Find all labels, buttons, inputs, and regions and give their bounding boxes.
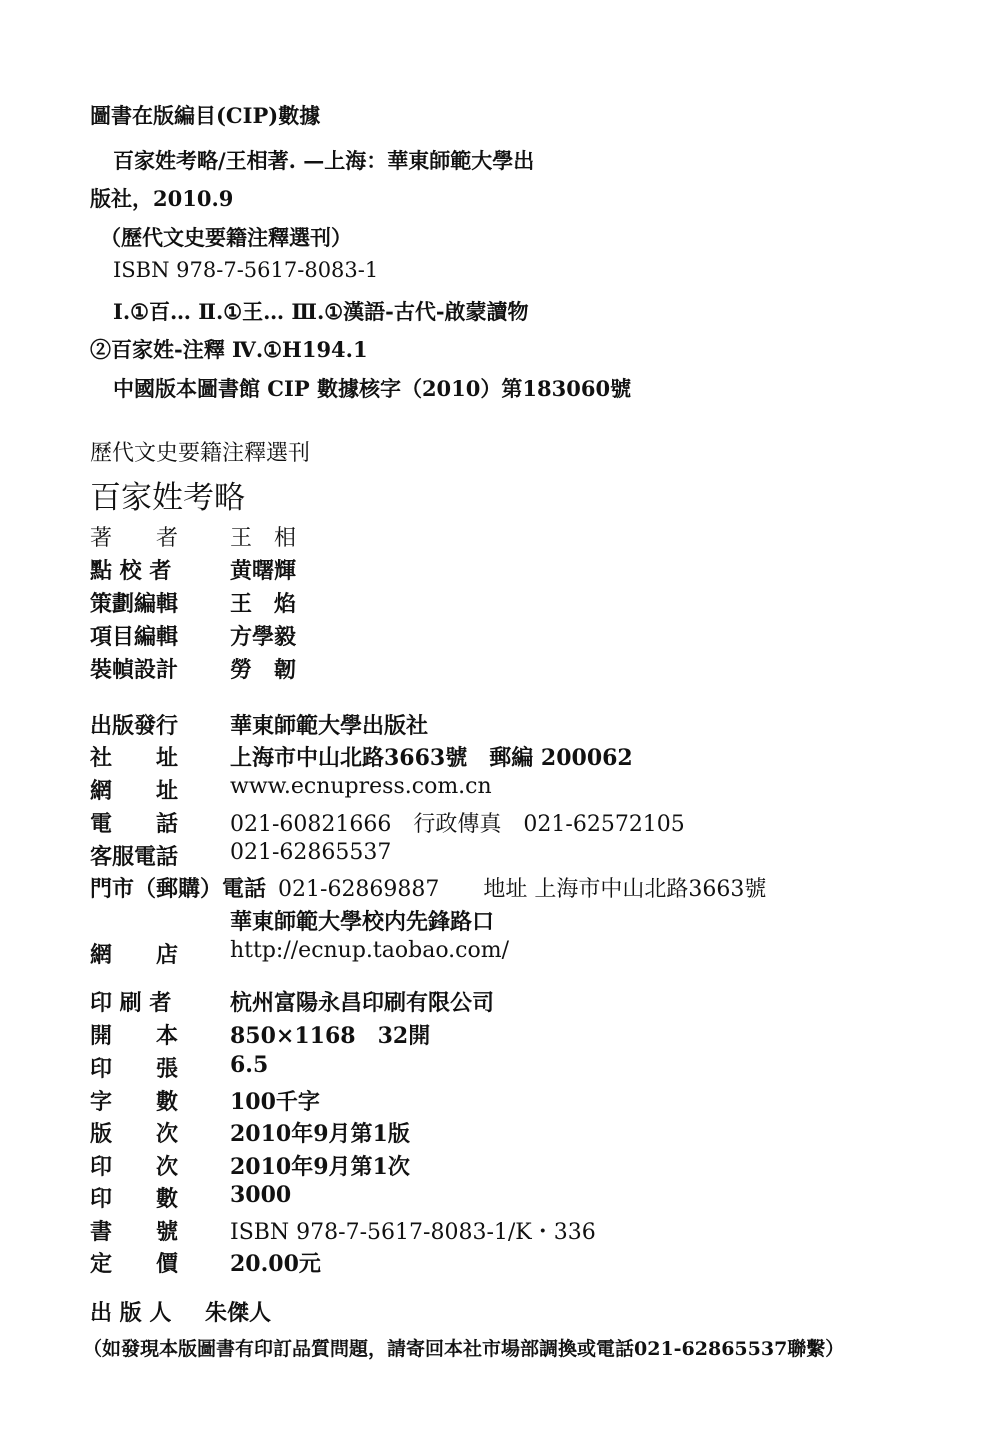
print-row-impression: 印 次 2010年9月第1次 <box>90 1150 200 1181</box>
info-row-publisher: 出版發行 華東師範大學出版社 <box>90 709 200 740</box>
credit-row-author: 著 者 王 相 <box>90 521 200 552</box>
credit-label: 裝幀設計 <box>90 653 200 684</box>
credit-value: 黄曙輝 <box>230 554 296 585</box>
info-value: 華東師範大學出版社 <box>230 709 428 740</box>
info-label: 門市（郵購）電話 <box>90 876 266 902</box>
print-row-print-run: 印 數 3000 <box>90 1182 200 1213</box>
print-value: 20.00元 <box>230 1247 321 1278</box>
print-value: 2010年9月第1次 <box>230 1150 410 1181</box>
info-label: 網 店 <box>90 938 200 969</box>
credit-row-project-editor: 項目編輯 方學毅 <box>90 620 200 651</box>
info-label: 客服電話 <box>90 840 200 871</box>
credit-value: 王 焰 <box>230 587 296 618</box>
online-store-link[interactable]: http://ecnup.taobao.com/ <box>230 938 509 963</box>
info-row-website: 網 址 www.ecnupress.com.cn <box>90 774 200 805</box>
credit-value: 王 相 <box>230 521 296 552</box>
print-row-edition: 版 次 2010年9月第1版 <box>90 1117 200 1148</box>
credit-value: 勞 韌 <box>230 653 296 684</box>
print-label: 開 本 <box>90 1019 200 1050</box>
info-value: 021-62865537 <box>230 840 391 865</box>
print-value: 850×1168 32開 <box>230 1019 430 1050</box>
print-row-format: 開 本 850×1168 32開 <box>90 1019 200 1050</box>
credit-label: 點 校 者 <box>90 554 200 585</box>
print-value: 100千字 <box>230 1085 320 1116</box>
quality-notice: （如發現本版圖書有印訂品質問題，請寄回本社市場部調換或電話021-6286553… <box>83 1334 844 1361</box>
cip-line-subjects-2: ②百家姓-注釋 Ⅳ.①H194.1 <box>90 334 368 364</box>
print-label: 版 次 <box>90 1117 200 1148</box>
credit-row-designer: 裝幀設計 勞 韌 <box>90 653 200 684</box>
website-link[interactable]: www.ecnupress.com.cn <box>230 774 492 799</box>
info-row-service-phone: 客服電話 021-62865537 <box>90 840 200 871</box>
credit-row-planning-editor: 策劃編輯 王 焰 <box>90 587 200 618</box>
book-title: 百家姓考略 <box>90 472 245 517</box>
series-name: 歷代文史要籍注釋選刊 <box>90 436 310 467</box>
print-label: 字 數 <box>90 1085 200 1116</box>
print-label: 印 次 <box>90 1150 200 1181</box>
cip-line-series: （歷代文史要籍注釋選刊） <box>100 222 352 252</box>
info-label: 出版發行 <box>90 709 200 740</box>
credit-row-proofreader: 點 校 者 黄曙輝 <box>90 554 200 585</box>
print-row-price: 定 價 20.00元 <box>90 1247 200 1278</box>
cip-line-isbn: ISBN 978-7-5617-8083-1 <box>113 258 378 282</box>
info-row-store-address-cont: 華東師範大學校内先鋒路口 <box>230 905 494 936</box>
print-value: 杭州富陽永昌印刷有限公司 <box>230 986 494 1017</box>
print-row-sheets: 印 張 6.5 <box>90 1052 200 1083</box>
info-row-online-store: 網 店 http://ecnup.taobao.com/ <box>90 938 200 969</box>
credit-label: 著 者 <box>90 521 200 552</box>
info-row-phone: 電 話 021-60821666 行政傳真 021-62572105 <box>90 807 200 838</box>
info-value: 上海市中山北路3663號 郵編 200062 <box>230 741 633 772</box>
credit-label: 項目編輯 <box>90 620 200 651</box>
info-value: 021-62869887 地址 上海市中山北路3663號 <box>278 877 766 902</box>
info-row-address: 社 址 上海市中山北路3663號 郵編 200062 <box>90 741 200 772</box>
cip-heading: 圖書在版編目(CIP)數據 <box>90 100 320 130</box>
publisher-person-row: 出 版 人 朱傑人 <box>90 1296 200 1327</box>
publisher-person-value: 朱傑人 <box>205 1296 271 1327</box>
publisher-person-label: 出 版 人 <box>90 1296 200 1327</box>
print-value: 3000 <box>230 1182 291 1208</box>
cip-line-record-number: 中國版本圖書館 CIP 數據核字（2010）第183060號 <box>113 373 631 403</box>
print-value: ISBN 978-7-5617-8083-1/K・336 <box>230 1215 596 1246</box>
print-label: 印 張 <box>90 1052 200 1083</box>
info-row-store: 門市（郵購）電話021-62869887 地址 上海市中山北路3663號 <box>90 872 766 903</box>
cip-line-publisher-date: 版社，2010.9 <box>90 183 233 213</box>
print-label: 印 刷 者 <box>90 986 200 1017</box>
print-row-word-count: 字 數 100千字 <box>90 1085 200 1116</box>
print-label: 印 數 <box>90 1182 200 1213</box>
cip-line-title: 百家姓考略/王相著. —上海：華東師範大學出 <box>113 145 534 175</box>
cip-line-subjects-1: Ⅰ.①百… Ⅱ.①王… Ⅲ.①漢語-古代-啟蒙讀物 <box>113 296 529 326</box>
info-label: 社 址 <box>90 741 200 772</box>
credit-label: 策劃編輯 <box>90 587 200 618</box>
print-label: 定 價 <box>90 1247 200 1278</box>
credit-value: 方學毅 <box>230 620 296 651</box>
info-value: 021-60821666 行政傳真 021-62572105 <box>230 807 685 838</box>
info-label: 電 話 <box>90 807 200 838</box>
print-value: 6.5 <box>230 1052 268 1078</box>
print-label: 書 號 <box>90 1215 200 1246</box>
print-row-book-number: 書 號 ISBN 978-7-5617-8083-1/K・336 <box>90 1215 200 1246</box>
print-value: 2010年9月第1版 <box>230 1117 410 1148</box>
info-label: 網 址 <box>90 774 200 805</box>
print-row-printer: 印 刷 者 杭州富陽永昌印刷有限公司 <box>90 986 200 1017</box>
